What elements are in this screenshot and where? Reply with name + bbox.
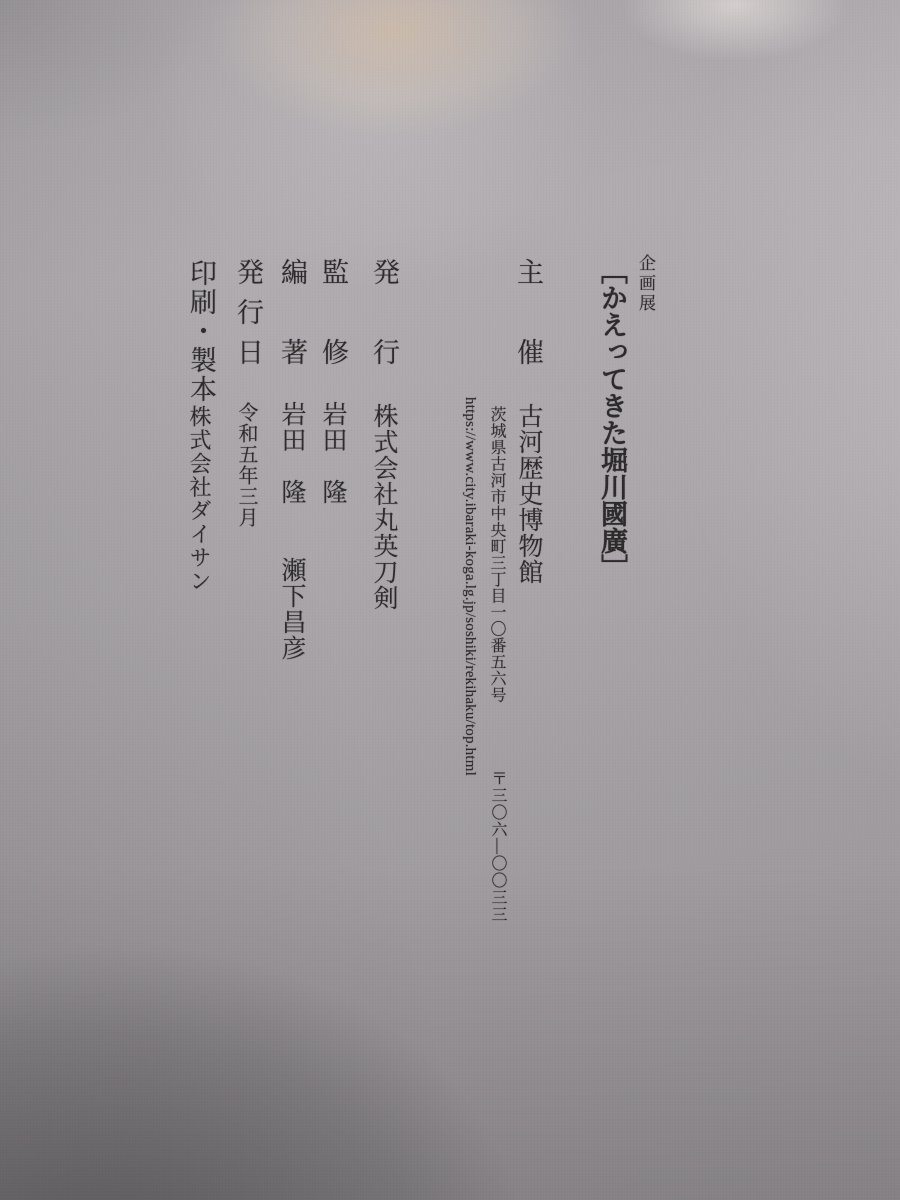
- organizer-url: https://www.city.ibaraki-koga.lg.jp/sosh…: [462, 397, 477, 776]
- organizer-name: 古河歴史博物館: [516, 403, 541, 585]
- publication-date-label: 発行日: [234, 258, 261, 378]
- editors-label: 編著: [278, 258, 305, 418]
- paper-texture-overlay: [0, 0, 900, 1200]
- organizer-postal-code: 〒三〇六―〇〇三三: [489, 770, 505, 923]
- printing-binding-label: 印刷・製本: [187, 259, 214, 404]
- publisher-name: 株式会社丸英刀剣: [371, 403, 396, 611]
- organizer-label: 主催: [514, 258, 541, 418]
- supervisor-name: 岩田 隆: [320, 401, 345, 505]
- publication-date-value: 令和五年三月: [236, 402, 256, 528]
- photographed-colophon-page: 企画展 ［かえってきた堀川國廣］ 主催 古河歴史博物館 茨城県古河市中央町三丁目…: [0, 0, 900, 1200]
- organizer-address: 茨城県古河市中央町三丁目一〇番五六号: [488, 406, 504, 703]
- printing-company-name: 株式会社ダイサン: [188, 405, 210, 593]
- supervisor-label: 監修: [319, 258, 346, 418]
- exhibition-type-label: 企画展: [637, 254, 654, 314]
- editors-names: 岩田 隆 瀬下昌彦: [279, 401, 304, 661]
- publisher-label: 発行: [370, 258, 397, 418]
- exhibition-title: ［かえってきた堀川國廣］: [598, 257, 625, 581]
